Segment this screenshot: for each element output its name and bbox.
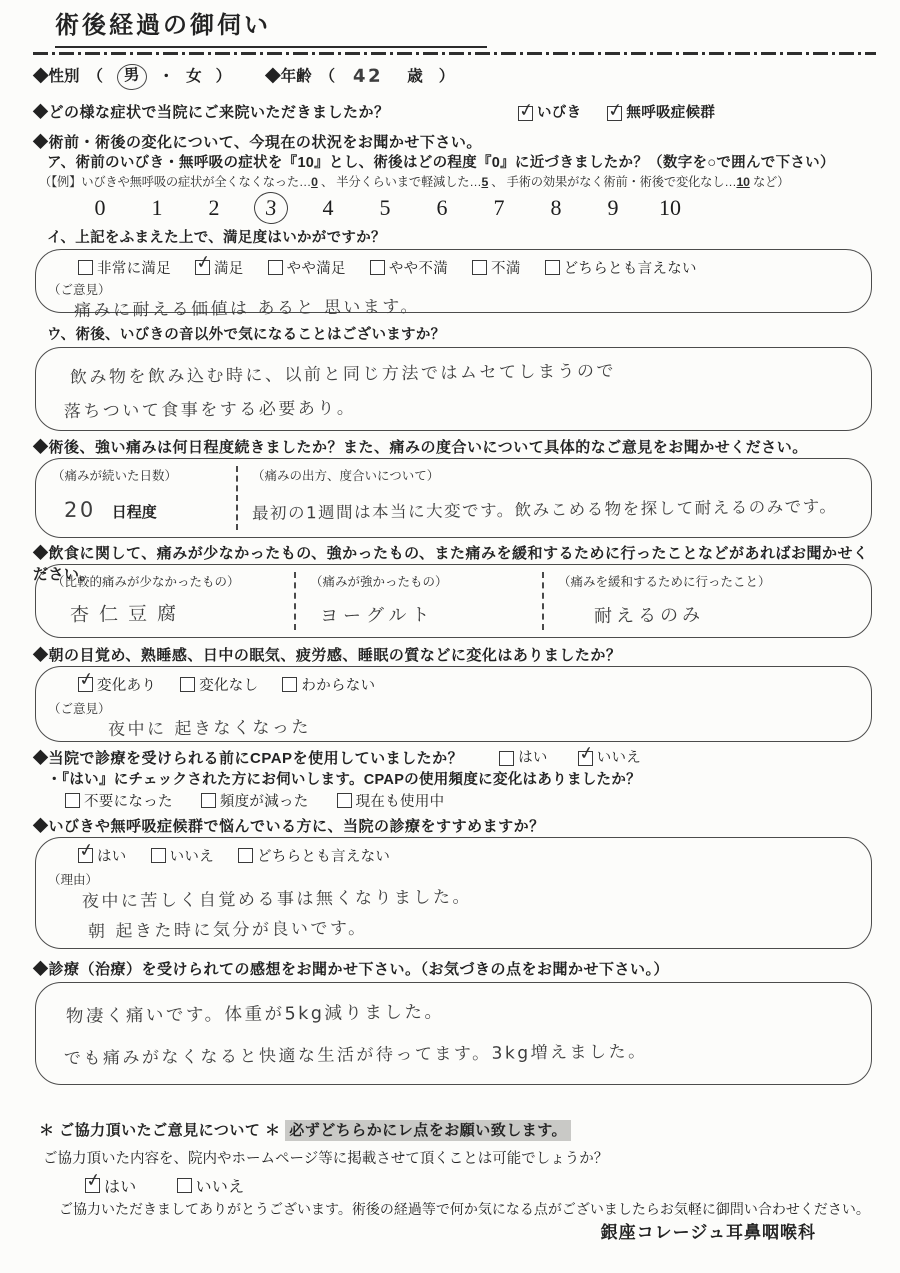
scale-5: 5 [368, 192, 402, 224]
check-icon: ✓ [517, 96, 537, 124]
checkbox-recommend-no: ✓ [151, 848, 166, 863]
checkbox-cpap-reduced: ✓ [201, 793, 216, 808]
question-satisfaction: イ、上記をふまえた上で、満足度はいかがですか？ [47, 228, 878, 248]
vertical-dashed-divider [542, 572, 544, 630]
option-label: 変化なし [199, 674, 258, 695]
profile-row: ◆性別 （ 男 ・ 女 ） ◆年齢 （ 42 歳 ） [33, 64, 878, 90]
gender-paren-close: ） [216, 64, 232, 90]
option-recommend-yes: ✓ はい [78, 845, 127, 866]
food-more-pain-answer-handwritten: ヨーグルト [320, 599, 528, 628]
recommend-answer-box: ✓ はい ✓ いいえ ✓ どちらとも言えない （理由） 夜中に苦しく自覚める事は… [35, 837, 872, 949]
option-cpap-unneeded: ✓ 不要になった [65, 790, 173, 811]
satisfaction-options: ✓ 非常に満足 ✓ 満足 ✓ やや満足 ✓ やや不満 ✓ 不満 ✓ どちらとも言… [78, 257, 851, 278]
option-mukokyu: ✓ 無呼吸症候群 [607, 100, 715, 126]
dash-dot-divider [33, 52, 876, 55]
symptom-options: ✓ いびき ✓ 無呼吸症候群 [518, 100, 715, 126]
checkbox-cpap-still-using: ✓ [337, 793, 352, 808]
change-example-line: （【例】いびきや無呼吸の症状が全くなくなった…0 、 半分くらいまで軽減した…5… [39, 173, 878, 191]
cpap-sub-question: ・『はい』にチェックされた方にお伺いします。CPAPの使用頻度に変化はありました… [47, 770, 878, 790]
clinic-name: 銀座コレージュ耳鼻咽喉科 [33, 1221, 816, 1245]
food-col-header: （痛みを緩和するために行ったこと） [558, 572, 855, 590]
example-text: （【例】いびきや無呼吸の症状が全くなくなった… [39, 175, 311, 189]
impression-line2-handwritten: でも痛みがなくなると快適な生活が待ってます。3kg増えました。 [64, 1034, 851, 1074]
other-answer-line1-handwritten: 飲み物を飲み込む時に、以前と同じ方法ではムセてしまうので [70, 353, 851, 393]
cpap-sub-options: ✓ 不要になった ✓ 頻度が減った ✓ 現在も使用中 [65, 790, 878, 811]
example-text: など） [750, 175, 790, 189]
option-unknown: ✓ わからない [282, 674, 375, 695]
option-label: いびき [537, 100, 581, 126]
scanned-survey-form: 術後経過の御伺い ◆性別 （ 男 ・ 女 ） ◆年齢 （ 42 歳 ） ◆どの様… [0, 0, 900, 1273]
option-label: いいえ [170, 845, 214, 866]
example-text: 、 手術の効果がなく術前・術後で変化なし… [488, 175, 736, 189]
footer-note-prefix: ＊ ご協力頂いたご意見について ＊ [39, 1122, 281, 1139]
age-label: ◆年齢 [265, 64, 312, 90]
option-ibiki: ✓ いびき [518, 100, 581, 126]
gender-option-male: 男 [116, 63, 147, 91]
gender-dot: ・ [159, 64, 175, 90]
option-label: やや満足 [287, 257, 346, 278]
option-changed: ✓ 変化あり [78, 674, 156, 695]
other-answer-line2-handwritten: 落ちついて食事をする必要あり。 [64, 387, 851, 427]
food-answer-box: （比較的痛みが少なかったもの） 杏仁豆腐 （痛みが強かったもの） ヨーグルト （… [35, 564, 872, 638]
check-icon: ✓ [77, 668, 96, 691]
question-cpap: ◆当院で診療を受けられる前にCPAPを使用していましたか？ ✓ はい ✓ いいえ [33, 748, 878, 769]
checkbox-satisfied: ✓ [195, 260, 210, 275]
scale-1: 1 [140, 192, 174, 224]
vertical-dashed-divider [294, 572, 296, 630]
option-cpap-no: ✓ いいえ [578, 748, 641, 769]
scale-7: 7 [482, 192, 516, 224]
scale-2: 2 [197, 192, 231, 224]
food-col-less-pain: （比較的痛みが少なかったもの） 杏仁豆腐 [52, 572, 280, 630]
other-answer-box: 飲み物を飲み込む時に、以前と同じ方法ではムセてしまうので 落ちついて食事をする必… [35, 347, 872, 431]
food-relief-answer-handwritten: 耐えるのみ [594, 599, 855, 628]
pain-days-unit: 日程度 [112, 501, 157, 522]
symptom-question-label: ◆どの様な症状で当院にご来院いただきましたか？ [33, 104, 390, 121]
question-change-header: ◆術前・術後の変化について、今現在の状況をお聞かせ下さい。 [33, 132, 878, 153]
checkbox-recommend-neither: ✓ [238, 848, 253, 863]
checkbox-cpap-no: ✓ [578, 751, 593, 766]
age-paren-open: （ [320, 64, 336, 90]
question-symptom: ◆どの様な症状で当院にご来院いただきましたか？ ✓ いびき ✓ 無呼吸症候群 [33, 100, 878, 126]
checkbox-dissatisfied: ✓ [472, 260, 487, 275]
sleep-options: ✓ 変化あり ✓ 変化なし ✓ わからない [78, 674, 851, 695]
option-label: 現在も使用中 [356, 790, 445, 811]
check-icon: ✓ [77, 839, 96, 862]
option-label: いいえ [196, 1174, 245, 1197]
footer-note: ＊ ご協力頂いたご意見について ＊ 必ずどちらかにレ点をお願い致します。 [39, 1119, 878, 1142]
recommend-options: ✓ はい ✓ いいえ ✓ どちらとも言えない [78, 845, 851, 866]
gender-option-female: 女 [186, 64, 202, 90]
gender-paren-open: （ [88, 64, 104, 90]
option-label: 無呼吸症候群 [626, 100, 715, 126]
option-label: やや不満 [389, 257, 448, 278]
check-icon: ✓ [194, 251, 213, 274]
example-value-10: 10 [736, 175, 749, 189]
rating-scale: 0 1 2 3 4 5 6 7 8 9 10 [83, 191, 878, 225]
footer-thanks: ご協力いただきましてありがとうございます。術後の経過等で何か気になる点がございま… [59, 1199, 878, 1219]
question-impression-header: ◆診療（治療）を受けられての感想をお聞かせ下さい。（お気づきの点をお聞かせ下さい… [33, 959, 878, 980]
option-label: いいえ [597, 748, 641, 769]
example-value-0: 0 [311, 175, 318, 189]
checkbox-mukokyu: ✓ [607, 106, 622, 121]
pain-degree-answer-handwritten: 最初の1週間は本当に大変です。飲みこめる物を探して耐えるのみです。 [252, 493, 855, 524]
checkbox-cpap-yes: ✓ [499, 751, 514, 766]
question-recommend-header: ◆いびきや無呼吸症候群で悩んでいる方に、当院の診療をすすめますか？ [33, 816, 878, 837]
gender-label: ◆性別 [33, 64, 80, 90]
option-somewhat-satisfied: ✓ やや満足 [268, 257, 346, 278]
option-recommend-no: ✓ いいえ [151, 845, 214, 866]
impression-answer-box: 物凄く痛いです。体重が5kg減りました。 でも痛みがなくなると快適な生活が待って… [35, 982, 872, 1085]
question-sleep-header: ◆朝の目覚め、熟睡感、日中の眠気、疲労感、睡眠の質などに変化はありましたか？ [33, 645, 878, 666]
option-label: はい [518, 748, 548, 769]
footer-note-highlight: 必ずどちらかにレ点をお願い致します。 [285, 1120, 571, 1141]
question-other: ウ、術後、いびきの音以外で気になることはございますか？ [47, 325, 878, 345]
example-text: 、 半分くらいまで軽減した… [318, 175, 482, 189]
option-label: はい [97, 845, 127, 866]
checkbox-somewhat-dissatisfied: ✓ [370, 260, 385, 275]
option-satisfied: ✓ 満足 [195, 257, 244, 278]
age-unit: 歳 [407, 64, 423, 90]
checkbox-publish-no: ✓ [177, 1178, 192, 1193]
footer-publish-question: ご協力頂いた内容を、院内やホームページ等に掲載させて頂くことは可能でしょうか？ [43, 1149, 878, 1170]
option-somewhat-dissatisfied: ✓ やや不満 [370, 257, 448, 278]
option-cpap-reduced: ✓ 頻度が減った [201, 790, 309, 811]
scale-3-circled: 3 [252, 190, 289, 225]
option-cpap-yes: ✓ はい [499, 748, 548, 769]
scale-6: 6 [425, 192, 459, 224]
checkbox-very-satisfied: ✓ [78, 260, 93, 275]
option-label: わからない [301, 674, 375, 695]
option-dissatisfied: ✓ 不満 [472, 257, 521, 278]
cpap-question-label: ◆当院で診療を受けられる前にCPAPを使用していましたか？ [33, 748, 463, 769]
age-value-handwritten: 42 [353, 64, 383, 90]
food-col-header: （比較的痛みが少なかったもの） [52, 572, 280, 590]
option-label: はい [104, 1174, 137, 1197]
pain-answer-box: （痛みが続いた日数） 20 日程度 （痛みの出方、度合いについて） 最初の1週間… [35, 458, 872, 538]
pain-degree-label: （痛みの出方、度合いについて） [252, 466, 855, 484]
check-icon: ✓ [606, 96, 626, 124]
age-paren-close: ） [439, 64, 455, 90]
question-change-sub-a: ア、術前のいびき・無呼吸の症状を『10』とし、術後はどの程度『0』に近づきました… [47, 153, 878, 173]
scale-8: 8 [539, 192, 573, 224]
option-very-satisfied: ✓ 非常に満足 [78, 257, 171, 278]
scale-9: 9 [596, 192, 630, 224]
option-label: 満足 [214, 257, 244, 278]
pain-days-value-handwritten: 20 [64, 498, 96, 522]
option-label: 変化あり [97, 674, 156, 695]
option-label: 頻度が減った [220, 790, 309, 811]
check-icon: ✓ [577, 742, 596, 765]
pain-days-column: （痛みが続いた日数） 20 日程度 [52, 466, 222, 530]
pain-degree-column: （痛みの出方、度合いについて） 最初の1週間は本当に大変です。飲みこめる物を探し… [252, 466, 855, 530]
option-neither: ✓ どちらとも言えない [545, 257, 697, 278]
vertical-dashed-divider [236, 466, 238, 530]
check-icon: ✓ [84, 1169, 103, 1192]
scale-10: 10 [653, 192, 687, 224]
checkbox-ibiki: ✓ [518, 106, 533, 121]
food-col-relief: （痛みを緩和するために行ったこと） 耐えるのみ [558, 572, 855, 630]
form-title-underline: 術後経過の御伺い [55, 12, 487, 48]
scale-4: 4 [311, 192, 345, 224]
option-no-change: ✓ 変化なし [180, 674, 258, 695]
impression-line1-handwritten: 物凄く痛いです。体重が5kg減りました。 [66, 992, 851, 1032]
option-label: どちらとも言えない [257, 845, 390, 866]
checkbox-somewhat-satisfied: ✓ [268, 260, 283, 275]
food-col-more-pain: （痛みが強かったもの） ヨーグルト [310, 572, 528, 630]
checkbox-publish-yes: ✓ [85, 1178, 100, 1193]
pain-days-value-row: 20 日程度 [52, 498, 222, 522]
question-pain-header: ◆術後、強い痛みは何日程度続きましたか？また、痛みの度合いについて具体的なご意見… [33, 437, 878, 458]
checkbox-unknown: ✓ [282, 677, 297, 692]
question-food-header: ◆飲食に関して、痛みが少なかったもの、強かったもの、また痛みを緩和するために行っ… [33, 543, 878, 564]
scale-0: 0 [83, 192, 117, 224]
option-label: 不満 [491, 257, 521, 278]
checkbox-changed: ✓ [78, 677, 93, 692]
checkbox-cpap-unneeded: ✓ [65, 793, 80, 808]
checkbox-neither: ✓ [545, 260, 560, 275]
option-label: 不要になった [84, 790, 173, 811]
pain-days-label: （痛みが続いた日数） [52, 466, 222, 484]
option-cpap-still-using: ✓ 現在も使用中 [337, 790, 445, 811]
sleep-answer-box: ✓ 変化あり ✓ 変化なし ✓ わからない （ご意見） 夜中に 起きなくなった [35, 666, 872, 742]
food-col-header: （痛みが強かったもの） [310, 572, 528, 590]
checkbox-recommend-yes: ✓ [78, 848, 93, 863]
option-label: 非常に満足 [97, 257, 171, 278]
satisfaction-answer-box: ✓ 非常に満足 ✓ 満足 ✓ やや満足 ✓ やや不満 ✓ 不満 ✓ どちらとも言… [35, 249, 872, 313]
food-less-pain-answer-handwritten: 杏仁豆腐 [70, 597, 280, 627]
option-publish-no: ✓ いいえ [177, 1174, 245, 1197]
form-title: 術後経過の御伺い [55, 13, 271, 39]
cpap-options: ✓ はい ✓ いいえ [499, 748, 641, 769]
footer-options: ✓ はい ✓ いいえ [85, 1174, 878, 1197]
option-publish-yes: ✓ はい [85, 1174, 137, 1197]
checkbox-no-change: ✓ [180, 677, 195, 692]
option-label: どちらとも言えない [564, 257, 697, 278]
option-recommend-neither: ✓ どちらとも言えない [238, 845, 390, 866]
